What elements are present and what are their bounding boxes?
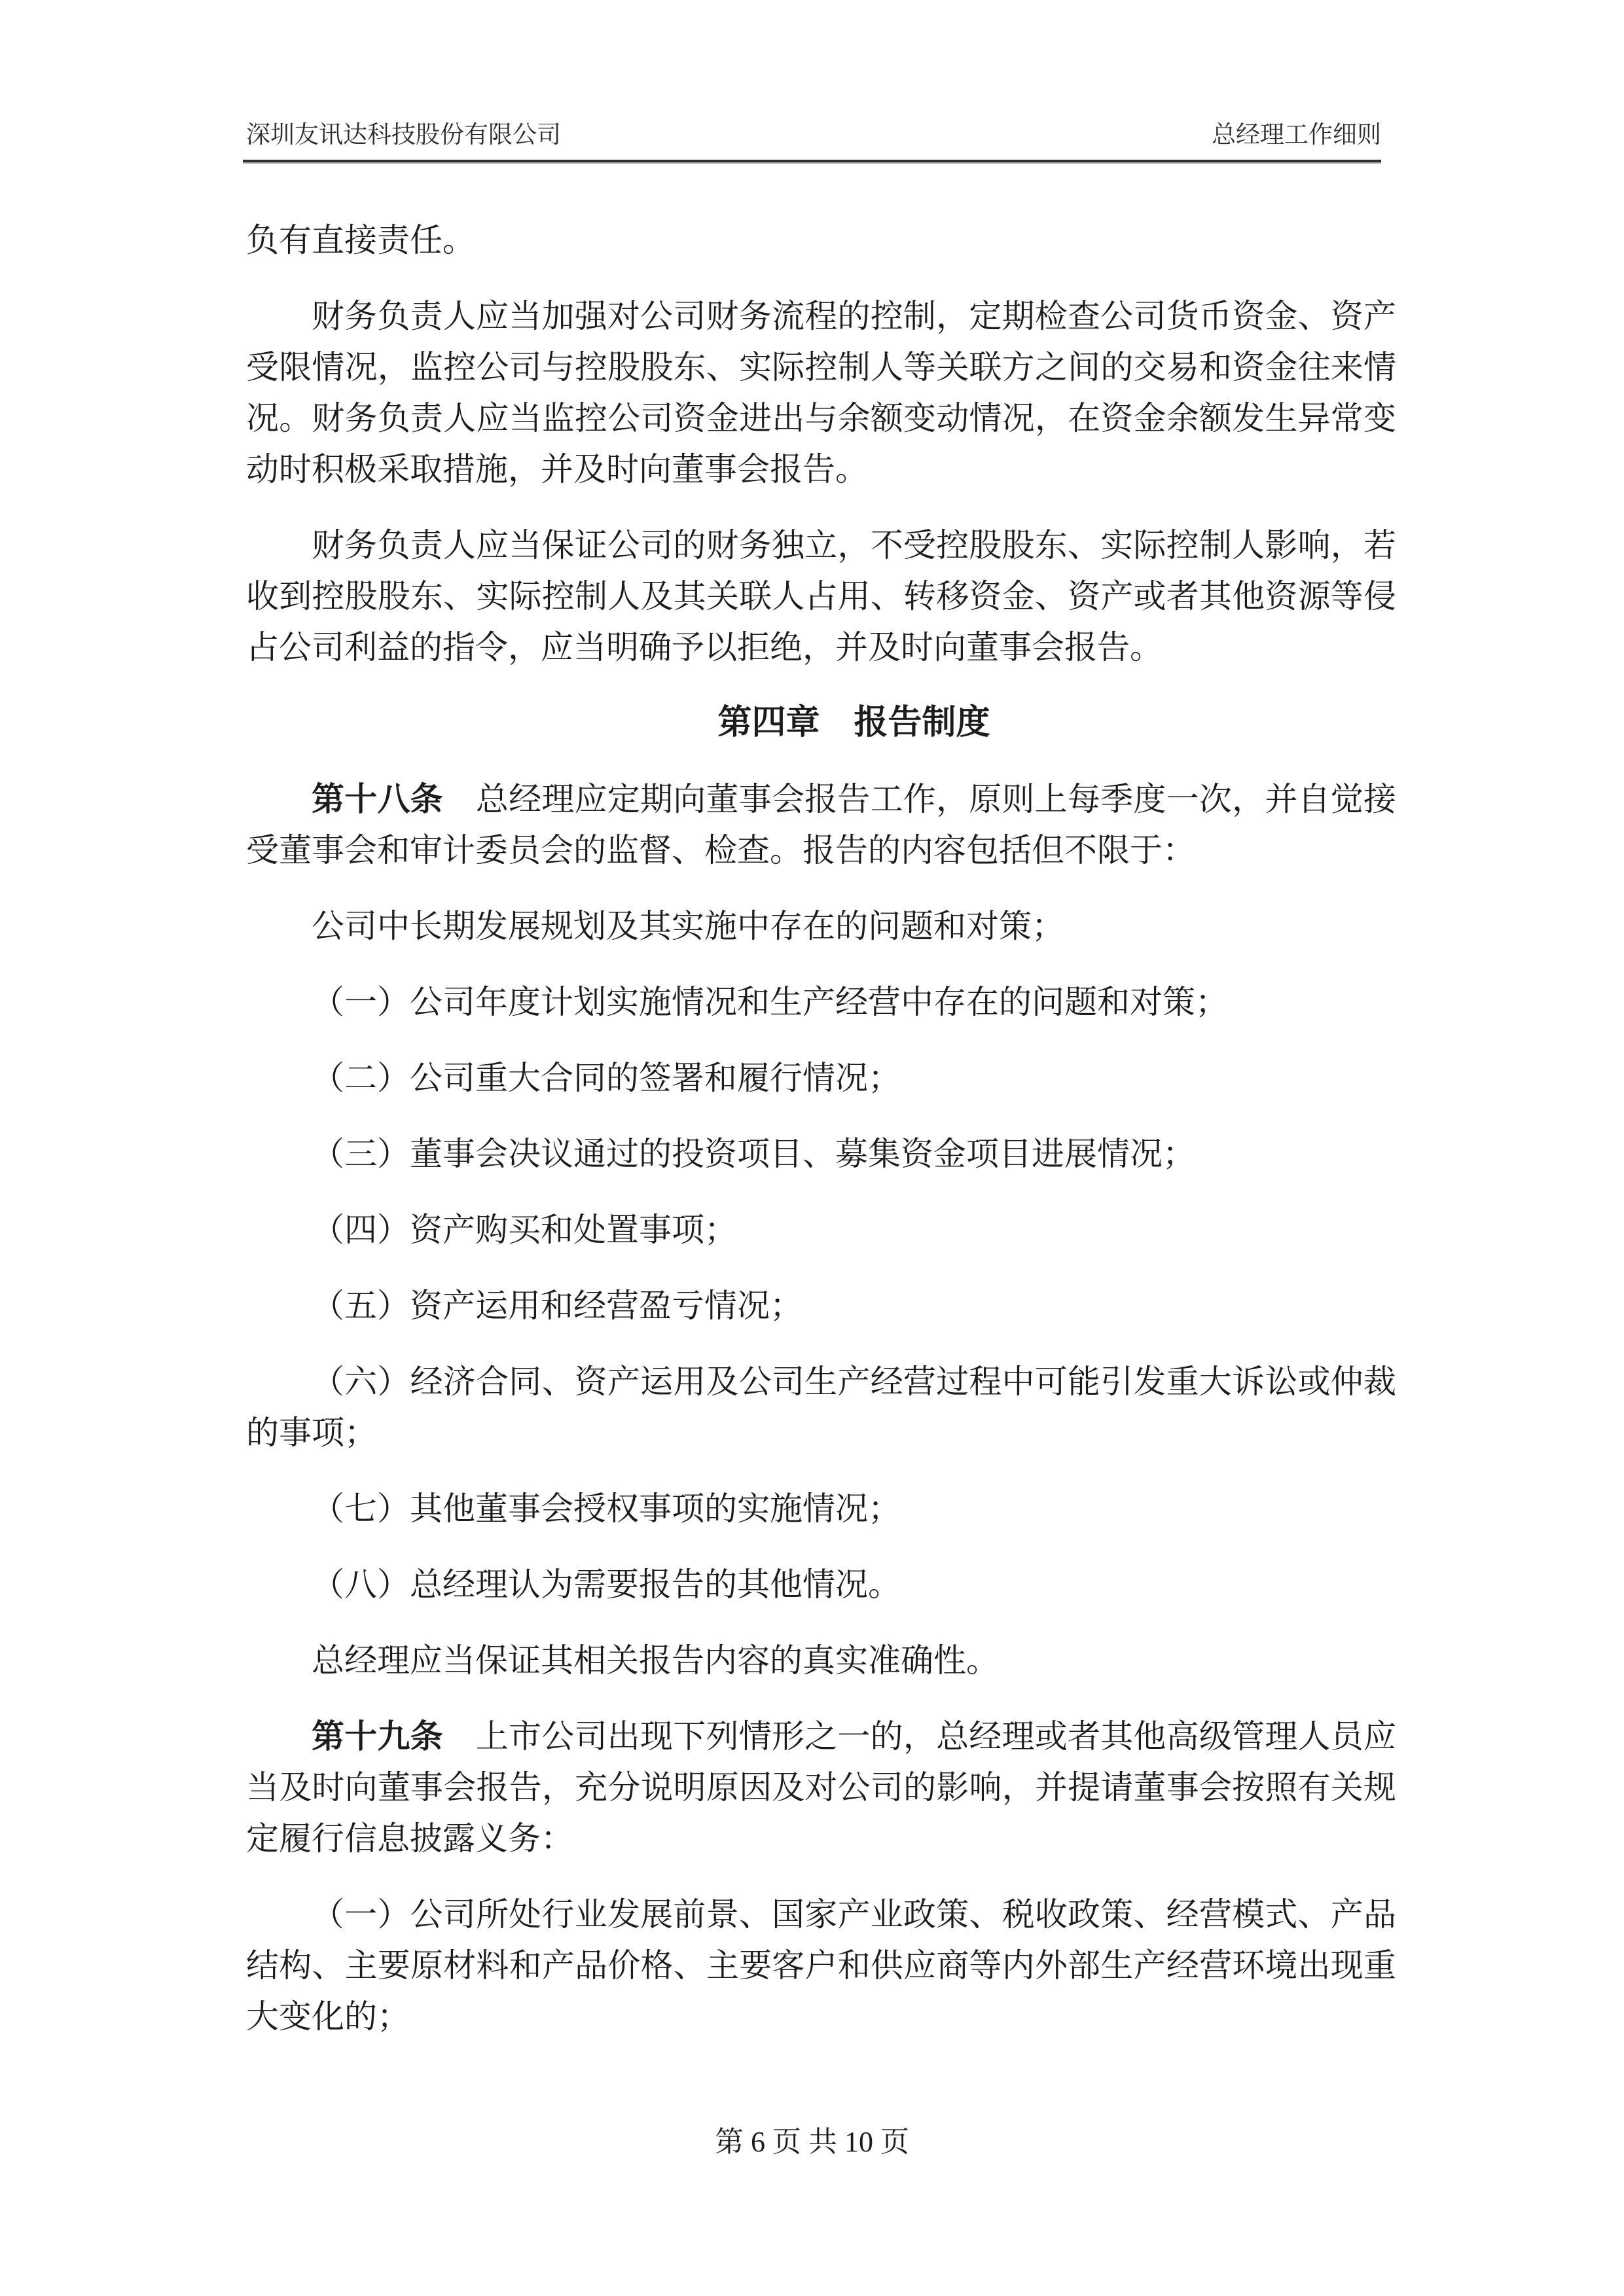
document-page: 深圳友讯达科技股份有限公司 总经理工作细则 负有直接责任。 财务负责人应当加强对… xyxy=(0,0,1624,2296)
list-item-18-4: （四）资产购买和处置事项； xyxy=(246,1204,1396,1255)
header-doc-title: 总经理工作细则 xyxy=(1212,122,1381,149)
list-item-18-3: （三）董事会决议通过的投资项目、募集资金项目进展情况； xyxy=(246,1128,1396,1179)
paragraph-continuation: 负有直接责任。 xyxy=(246,215,1396,266)
document-body: 负有直接责任。 财务负责人应当加强对公司财务流程的控制，定期检查公司货币资金、资… xyxy=(246,215,1396,2042)
chapter-heading: 第四章 报告制度 xyxy=(246,698,1396,749)
article-18-paragraph: 第十八条总经理应定期向董事会报告工作，原则上每季度一次，并自觉接受董事会和审计委… xyxy=(246,774,1396,876)
paragraph-cfo-control: 财务负责人应当加强对公司财务流程的控制，定期检查公司货币资金、资产受限情况，监控… xyxy=(246,291,1396,495)
article-18-number: 第十八条 xyxy=(312,781,443,817)
paragraph-cfo-independence: 财务负责人应当保证公司的财务独立，不受控股股东、实际控制人影响，若收到控股股东、… xyxy=(246,520,1396,673)
list-item-18-1: （一）公司年度计划实施情况和生产经营中存在的问题和对策； xyxy=(246,977,1396,1028)
list-item-18-7: （七）其他董事会授权事项的实施情况； xyxy=(246,1483,1396,1534)
list-item-19-1: （一）公司所处行业发展前景、国家产业政策、税收政策、经营模式、产品结构、主要原材… xyxy=(246,1889,1396,2042)
list-item-18-5: （五）资产运用和经营盈亏情况； xyxy=(246,1280,1396,1331)
header-company-name: 深圳友讯达科技股份有限公司 xyxy=(246,122,561,149)
article-19-number: 第十九条 xyxy=(312,1718,443,1755)
list-item-18-8: （八）总经理认为需要报告的其他情况。 xyxy=(246,1559,1396,1610)
list-item-18-6: （六）经济合同、资产运用及公司生产经营过程中可能引发重大诉讼或仲裁的事项； xyxy=(246,1356,1396,1458)
article-19-paragraph: 第十九条上市公司出现下列情形之一的，总经理或者其他高级管理人员应当及时向董事会报… xyxy=(246,1711,1396,1864)
list-item-18-2: （二）公司重大合同的签署和履行情况； xyxy=(246,1052,1396,1103)
header-rule xyxy=(243,160,1381,164)
page-number: 第 6 页 共 10 页 xyxy=(715,2126,909,2158)
page-header: 深圳友讯达科技股份有限公司 总经理工作细则 xyxy=(246,122,1381,149)
paragraph-midterm-plan: 公司中长期发展规划及其实施中存在的问题和对策； xyxy=(246,901,1396,952)
page-footer: 第 6 页 共 10 页 xyxy=(0,2124,1624,2161)
paragraph-assurance: 总经理应当保证其相关报告内容的真实准确性。 xyxy=(246,1635,1396,1686)
